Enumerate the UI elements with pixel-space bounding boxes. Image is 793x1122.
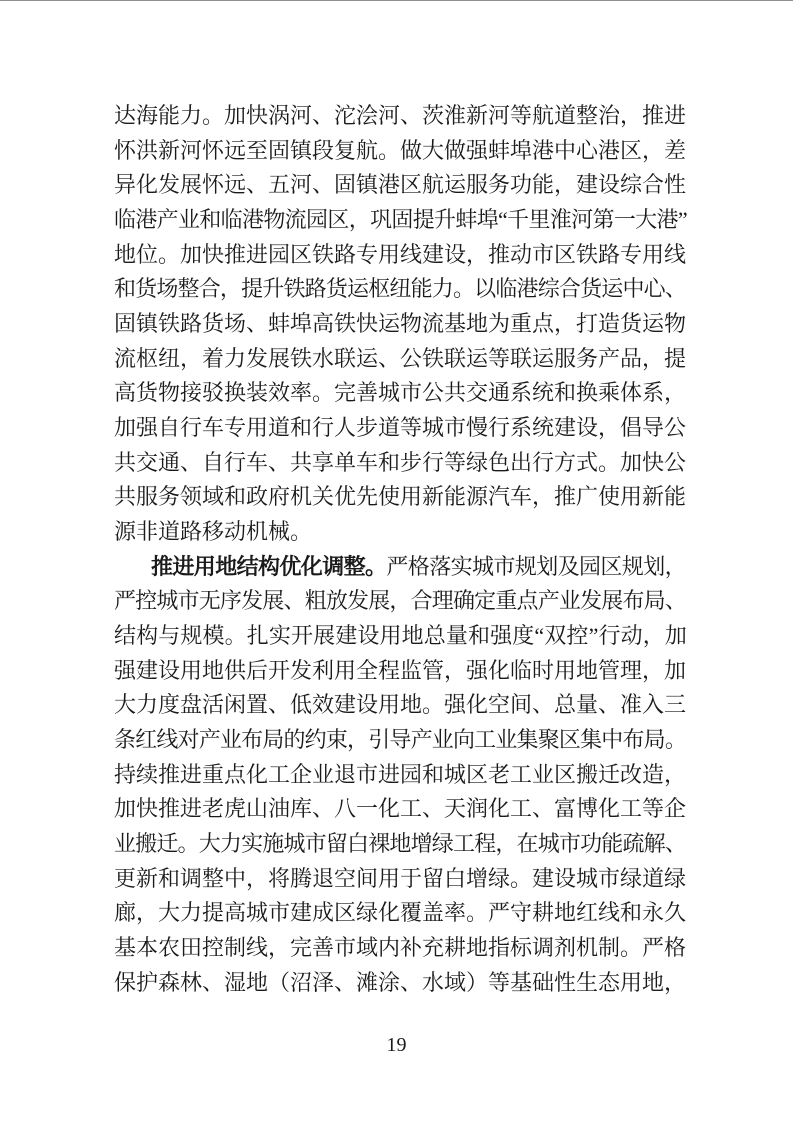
text-line: 固镇铁路货场、蚌埠高铁快运物流基地为重点，打造货运物 [114,307,686,342]
text-line: 和货场整合，提升铁路货运枢纽能力。以临港综合货运中心、 [114,272,686,307]
text-line: 源非道路移动机械。 [114,515,686,550]
text-line: 结构与规模。扎实开展建设用地总量和强度“双控”行动，加 [114,619,686,654]
page-top-edge-line [0,0,793,1]
text-line: 异化发展怀远、五河、固镇港区航运服务功能，建设综合性 [114,168,686,203]
document-page: 达海能力。加快涡河、沱浍河、茨淮新河等航道整治，推进 怀洪新河怀远至固镇段复航。… [0,0,793,1122]
text-line: 推进用地结构优化调整。严格落实城市规划及园区规划， [114,550,686,585]
text-line: 加快推进老虎山油库、八一化工、天润化工、富博化工等企 [114,792,686,827]
text-line: 临港产业和临港物流园区，巩固提升蚌埠“千里淮河第一大港” [114,203,686,238]
text-line: 严控城市无序发展、粗放发展，合理确定重点产业发展布局、 [114,584,686,619]
text-line: 地位。加快推进园区铁路专用线建设，推动市区铁路专用线 [114,238,686,273]
page-number: 19 [0,1033,793,1057]
text-line: 怀洪新河怀远至固镇段复航。做大做强蚌埠港中心港区，差 [114,134,686,169]
paragraph-heading: 推进用地结构优化调整。 [151,554,386,579]
text-line: 达海能力。加快涡河、沱浍河、茨淮新河等航道整治，推进 [114,99,686,134]
text-line: 大力度盘活闲置、低效建设用地。强化空间、总量、准入三 [114,688,686,723]
text-line: 持续推进重点化工企业退市进园和城区老工业区搬迁改造， [114,758,686,793]
text-line: 条红线对产业布局的约束，引导产业向工业集聚区集中布局。 [114,723,686,758]
text-line: 共交通、自行车、共享单车和步行等绿色出行方式。加快公 [114,446,686,481]
text-block: 达海能力。加快涡河、沱浍河、茨淮新河等航道整治，推进 怀洪新河怀远至固镇段复航。… [114,99,686,1000]
text-line: 共服务领域和政府机关优先使用新能源汽车，推广使用新能 [114,480,686,515]
text-line: 流枢纽，着力发展铁水联运、公铁联运等联运服务产品，提 [114,342,686,377]
text-line: 更新和调整中，将腾退空间用于留白增绿。建设城市绿道绿 [114,862,686,897]
text-line: 高货物接驳换装效率。完善城市公共交通系统和换乘体系， [114,376,686,411]
paragraph-2: 推进用地结构优化调整。严格落实城市规划及园区规划， 严控城市无序发展、粗放发展，… [114,550,686,1001]
text-line: 业搬迁。大力实施城市留白裸地增绿工程，在城市功能疏解、 [114,827,686,862]
text-line: 强建设用地供后开发利用全程监管，强化临时用地管理，加 [114,654,686,689]
paragraph-1: 达海能力。加快涡河、沱浍河、茨淮新河等航道整治，推进 怀洪新河怀远至固镇段复航。… [114,99,686,550]
paragraph-heading-rest: 严格落实城市规划及园区规划， [386,554,686,579]
text-line: 基本农田控制线，完善市域内补充耕地指标调剂机制。严格 [114,931,686,966]
text-line: 加强自行车专用道和行人步道等城市慢行系统建设，倡导公 [114,411,686,446]
text-line: 保护森林、湿地（沼泽、滩涂、水域）等基础性生态用地， [114,966,686,1001]
text-line: 廊，大力提高城市建成区绿化覆盖率。严守耕地红线和永久 [114,896,686,931]
